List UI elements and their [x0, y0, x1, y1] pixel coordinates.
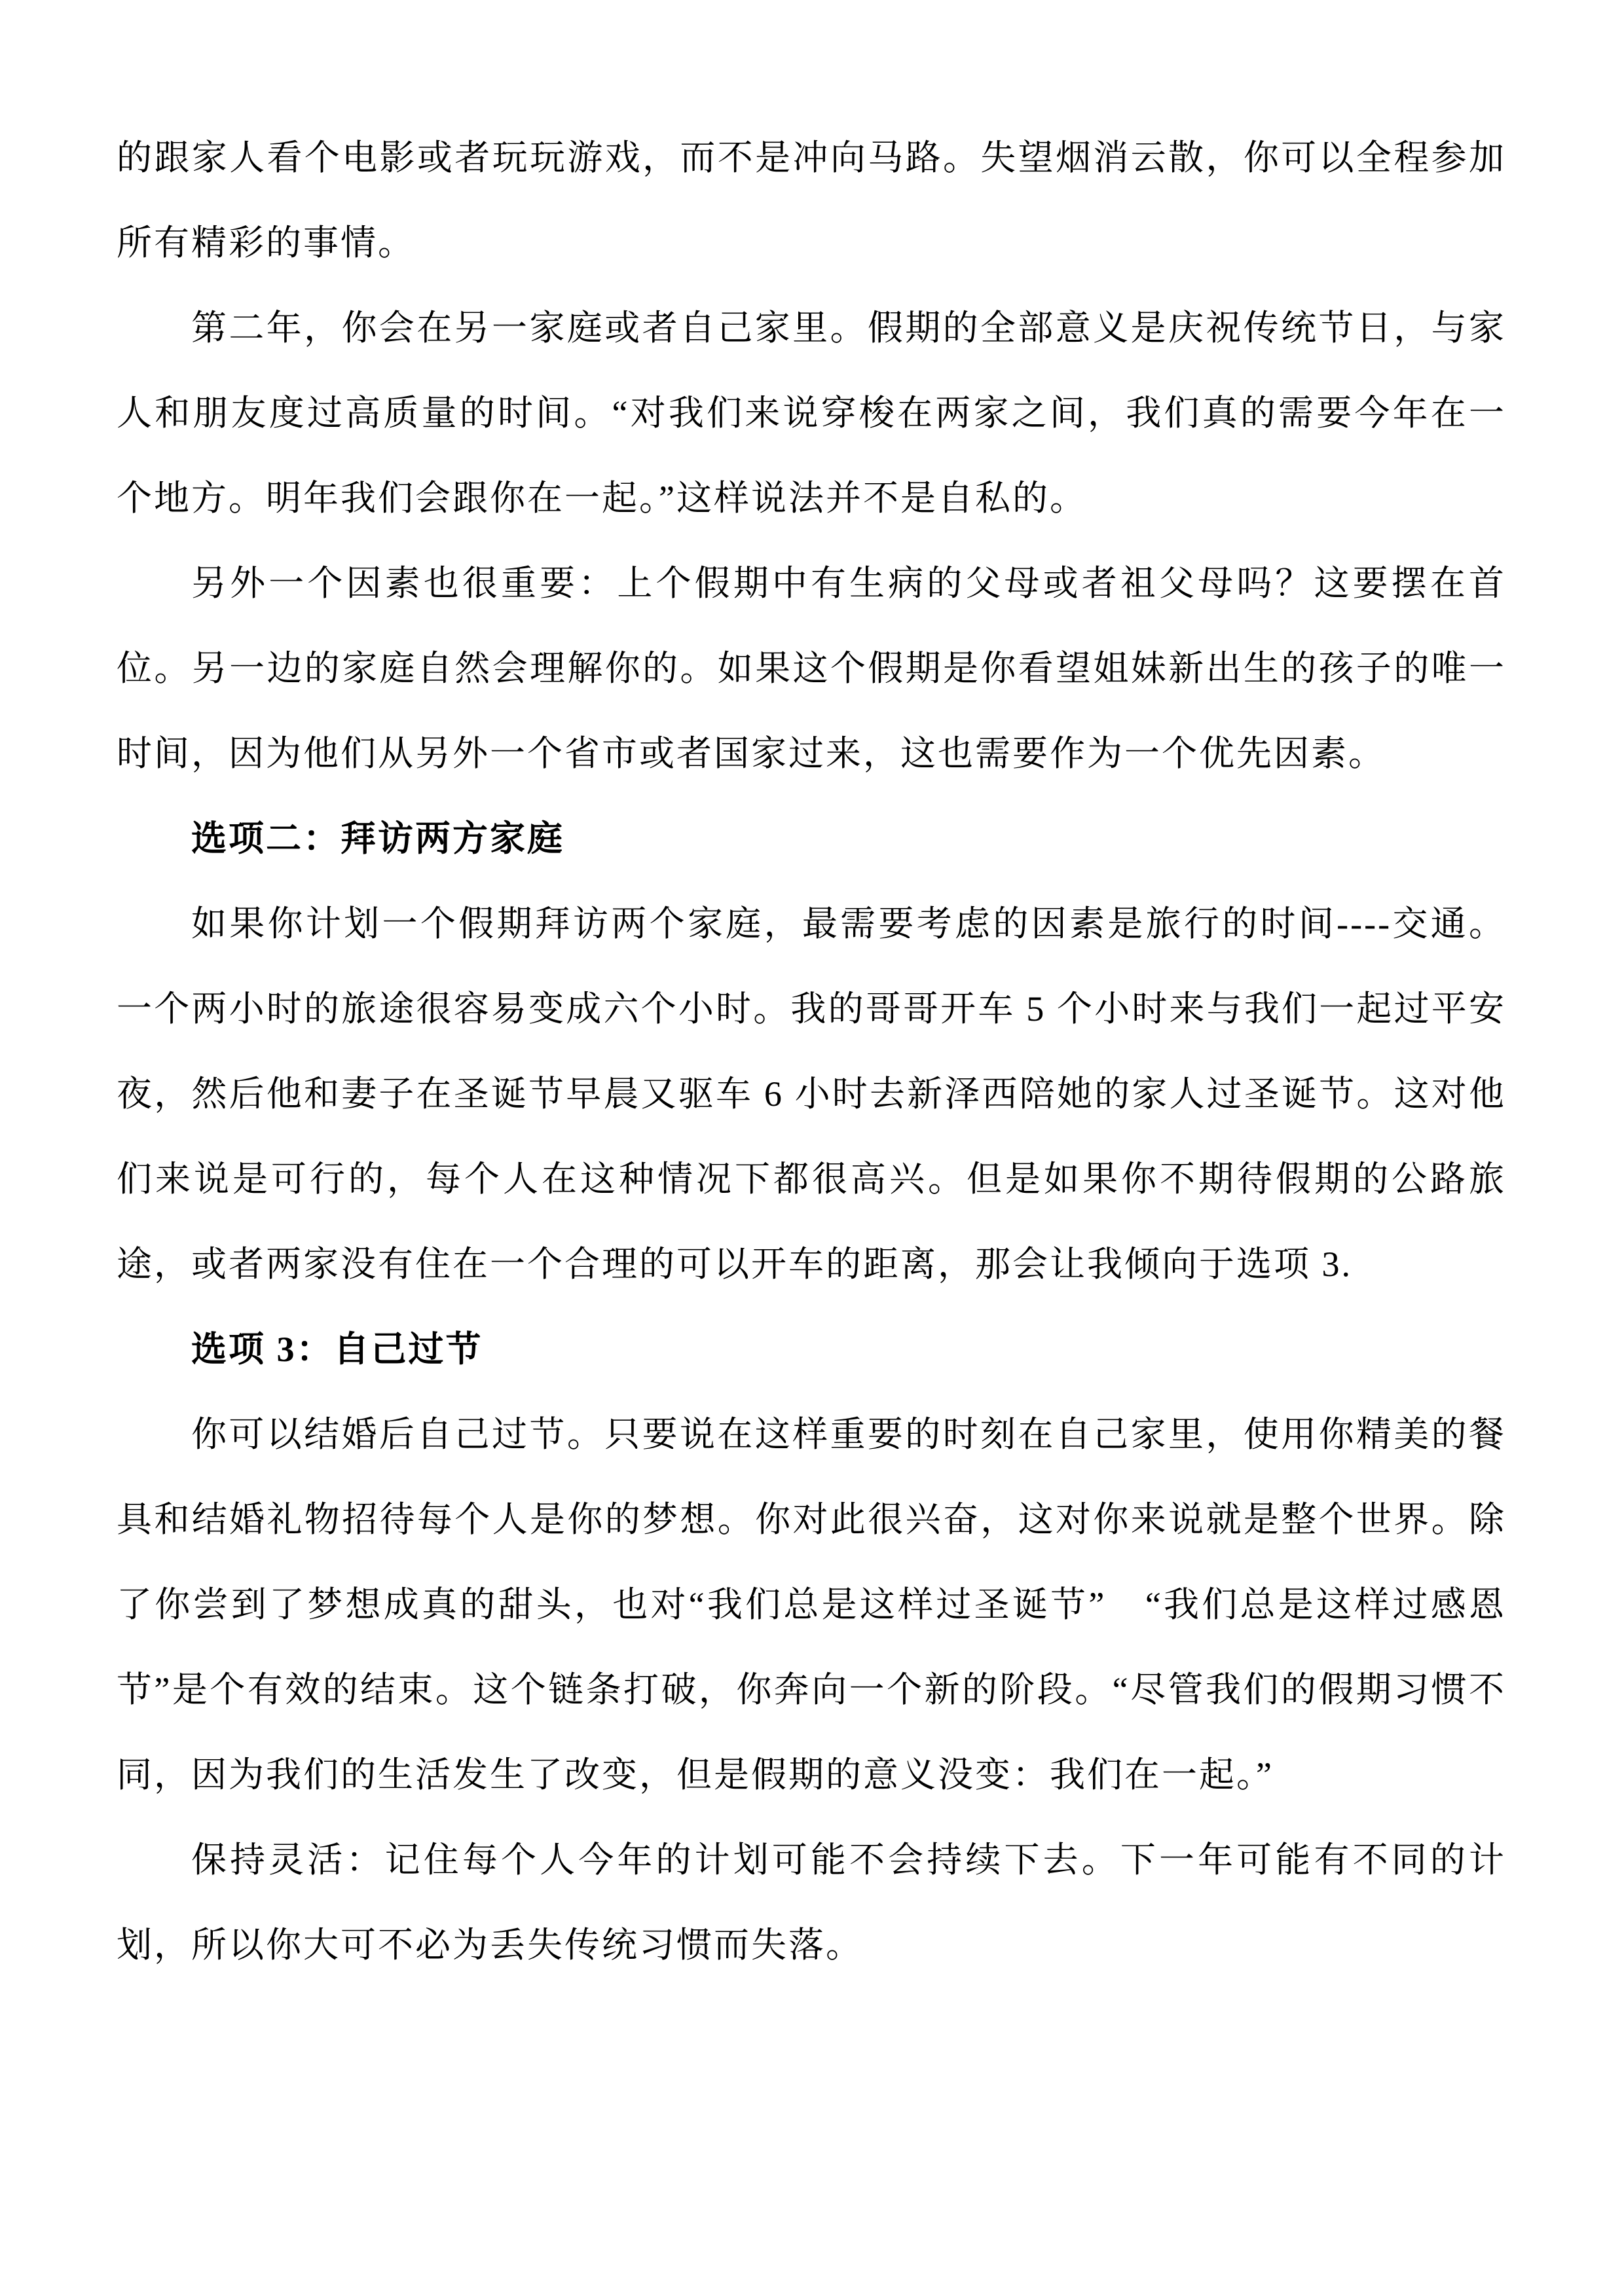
section-heading-option-3: 选项 3：自己过节: [117, 1307, 1506, 1392]
body-paragraph: 保持灵活：记住每个人今年的计划可能不会持续下去。下一年可能有不同的计划，所以你大…: [117, 1817, 1506, 1988]
body-paragraph: 第二年，你会在另一家庭或者自己家里。假期的全部意义是庆祝传统节日，与家人和朋友度…: [117, 285, 1506, 541]
section-heading-option-2: 选项二：拜访两方家庭: [117, 796, 1506, 881]
body-paragraph-continuation: 的跟家人看个电影或者玩玩游戏，而不是冲向马路。失望烟消云散，你可以全程参加所有精…: [117, 115, 1506, 285]
body-paragraph: 如果你计划一个假期拜访两个家庭，最需要考虑的因素是旅行的时间----交通。一个两…: [117, 881, 1506, 1307]
document-text-block: 的跟家人看个电影或者玩玩游戏，而不是冲向马路。失望烟消云散，你可以全程参加所有精…: [117, 115, 1506, 1988]
body-paragraph: 另外一个因素也很重要：上个假期中有生病的父母或者祖父母吗？这要摆在首位。另一边的…: [117, 541, 1506, 796]
document-page: 的跟家人看个电影或者玩玩游戏，而不是冲向马路。失望烟消云散，你可以全程参加所有精…: [0, 0, 1624, 2296]
body-paragraph: 你可以结婚后自己过节。只要说在这样重要的时刻在自己家里，使用你精美的餐具和结婚礼…: [117, 1392, 1506, 1817]
